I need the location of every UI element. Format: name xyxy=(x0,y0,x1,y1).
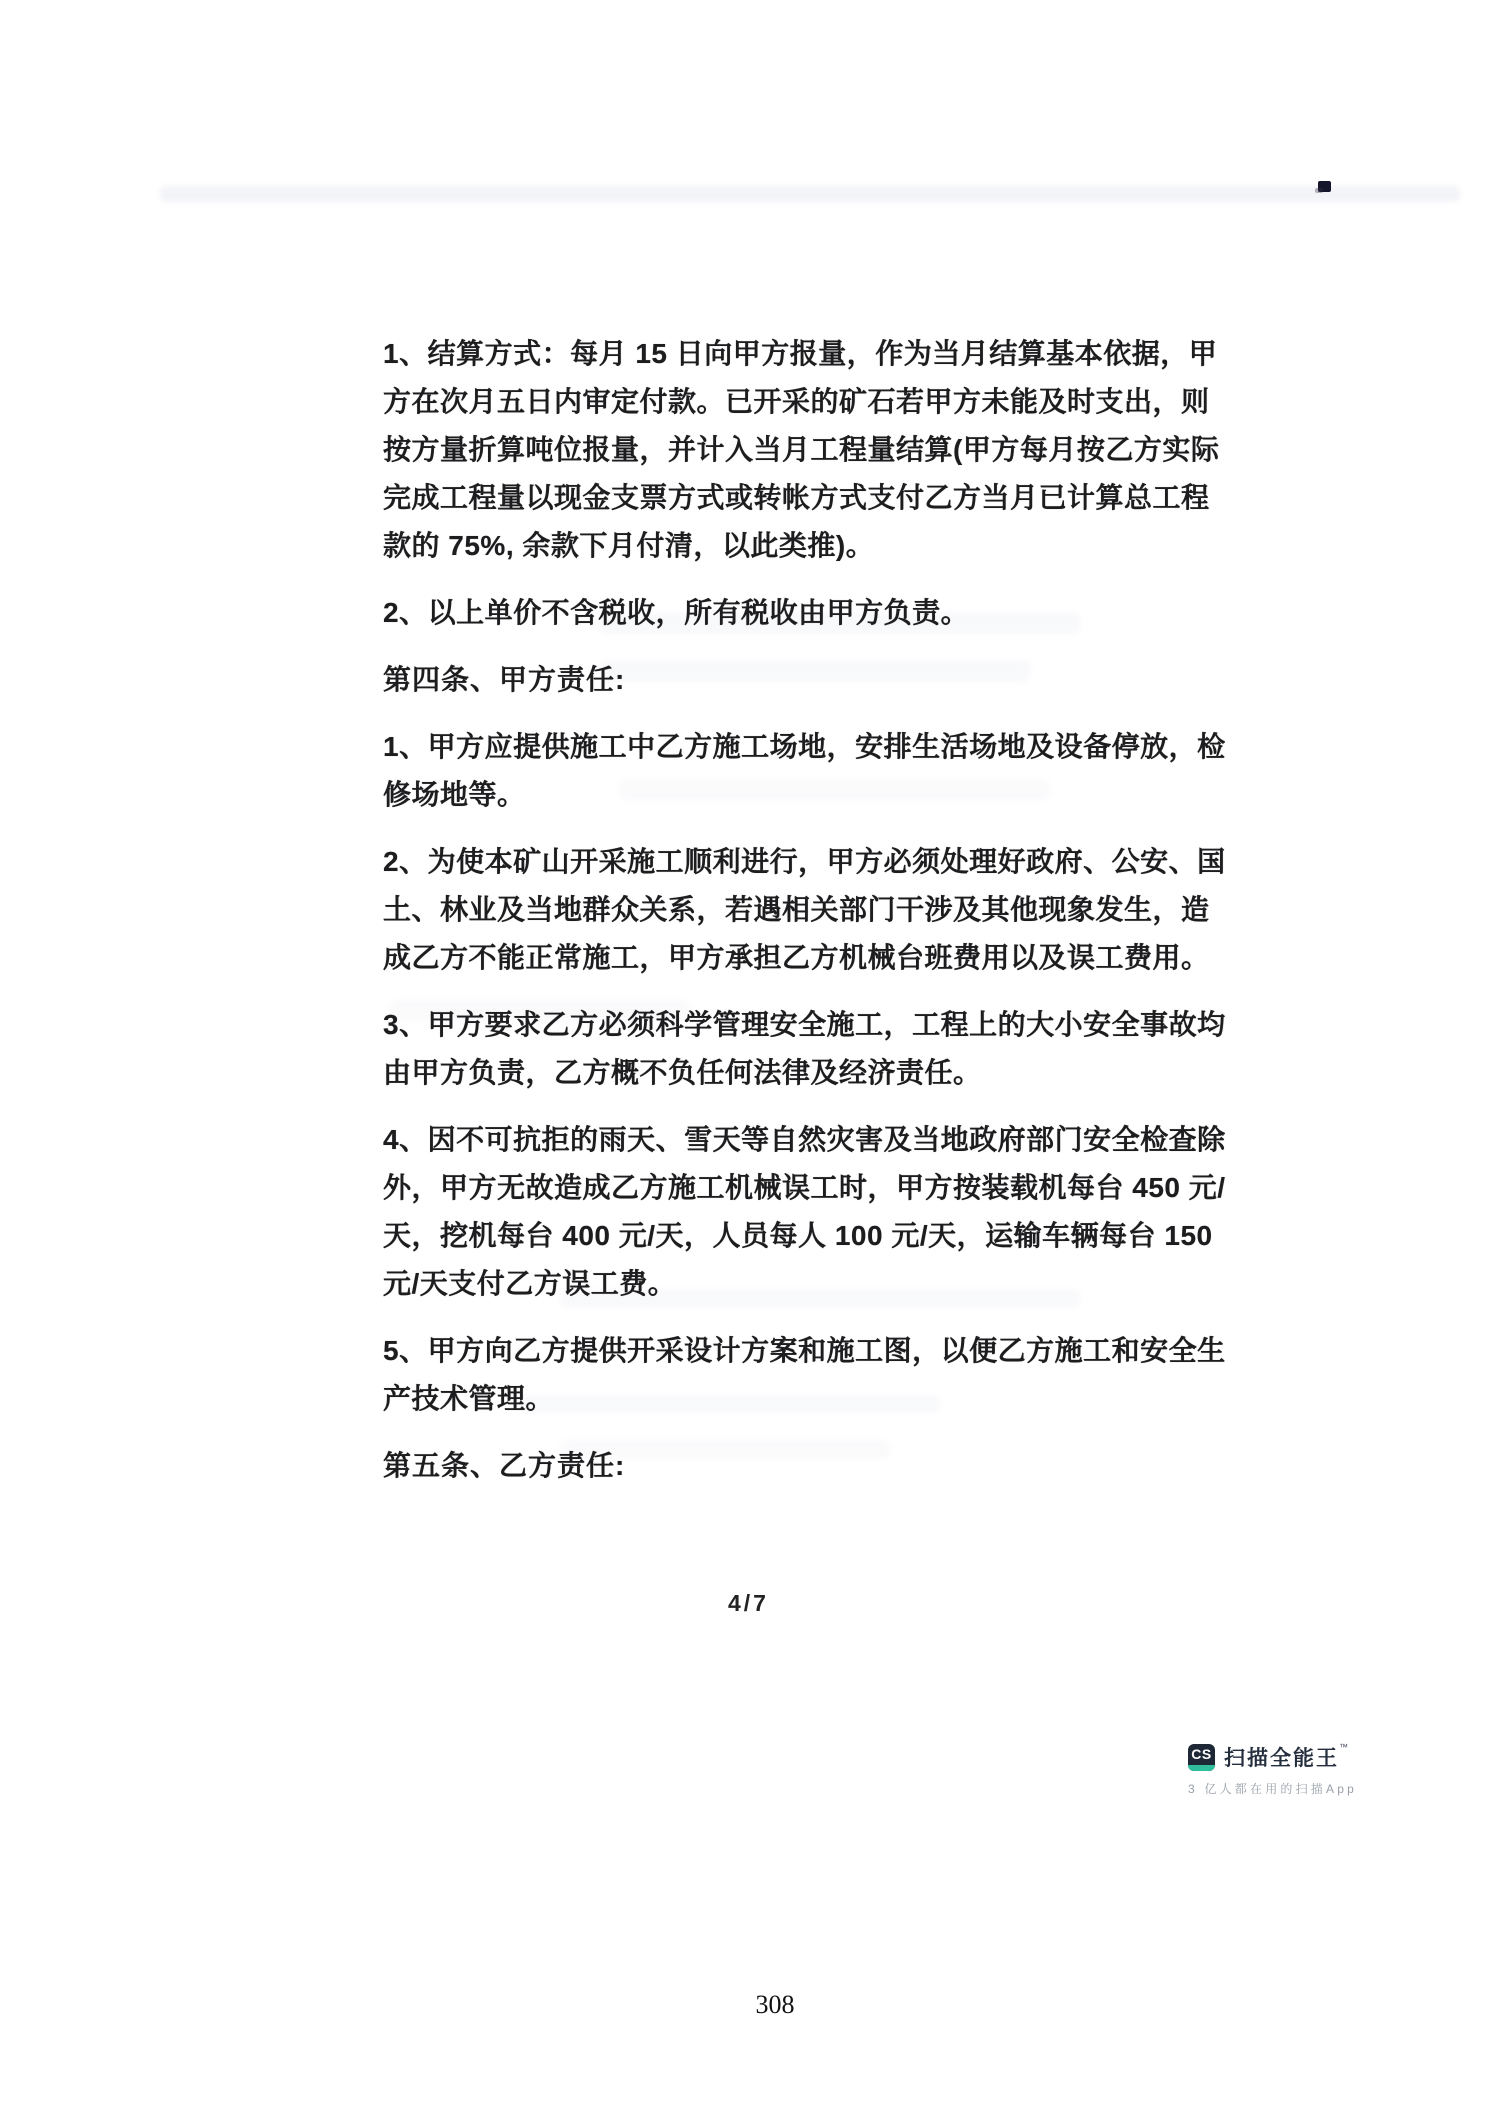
text-line: 成乙方不能正常施工，甲方承担乙方机械台班费用以及误工费用。 xyxy=(383,934,1153,982)
heading-article-5: 第五条、乙方责任: xyxy=(383,1442,1153,1490)
text-line: 土、林业及当地群众关系，若遇相关部门干涉及其他现象发生，造 xyxy=(383,886,1153,934)
sheet-page-indicator: 4/7 xyxy=(728,1590,769,1617)
text-line: 4、因不可抗拒的雨天、雪天等自然灾害及当地政府部门安全检查除 xyxy=(383,1116,1153,1164)
camscanner-badge-text: CS xyxy=(1188,1746,1215,1762)
book-page-number: 308 xyxy=(700,1990,850,2020)
camscanner-tagline: 3 亿人都在用的扫描App xyxy=(1188,1780,1418,1797)
bleed-through-smudge xyxy=(160,186,1460,202)
article-heading-text: 第四条、甲方责任: xyxy=(383,656,1153,704)
text-line: 款的 75%, 余款下月付清，以此类推)。 xyxy=(383,522,1153,570)
app-name-text: 扫描全能王 xyxy=(1224,1747,1339,1770)
camscanner-watermark: CS 扫描全能王™ 3 亿人都在用的扫描App xyxy=(1188,1742,1418,1797)
camscanner-logo-icon: CS xyxy=(1188,1744,1215,1771)
text-line: 方在次月五日内审定付款。已开采的矿石若甲方未能及时支出，则 xyxy=(383,378,1153,426)
text-line: 1、结算方式：每月 15 日向甲方报量，作为当月结算基本依据，甲 xyxy=(383,330,1153,378)
camscanner-badge-accent xyxy=(1188,1765,1215,1771)
text-line: 5、甲方向乙方提供开采设计方案和施工图，以便乙方施工和安全生 xyxy=(383,1327,1153,1375)
clause-settlement-method: 1、结算方式：每月 15 日向甲方报量，作为当月结算基本依据，甲 方在次月五日内… xyxy=(383,330,1153,570)
trademark-symbol: ™ xyxy=(1339,1742,1350,1752)
clause-a4-downtime-fees: 4、因不可抗拒的雨天、雪天等自然灾害及当地政府部门安全检查除 外，甲方无故造成乙… xyxy=(383,1116,1153,1308)
text-line: 外，甲方无故造成乙方施工机械误工时，甲方按装载机每台 450 元/ xyxy=(383,1164,1153,1212)
text-line: 2、为使本矿山开采施工顺利进行，甲方必须处理好政府、公安、国 xyxy=(383,838,1153,886)
camscanner-app-name: 扫描全能王™ xyxy=(1224,1742,1350,1772)
scan-artifact-ink-dot xyxy=(1318,181,1331,192)
clause-a3-safety: 3、甲方要求乙方必须科学管理安全施工，工程上的大小安全事故均 由甲方负责，乙方概… xyxy=(383,1001,1153,1097)
contract-body: 1、结算方式：每月 15 日向甲方报量，作为当月结算基本依据，甲 方在次月五日内… xyxy=(383,330,1153,1509)
text-line: 3、甲方要求乙方必须科学管理安全施工，工程上的大小安全事故均 xyxy=(383,1001,1153,1049)
text-line: 元/天支付乙方误工费。 xyxy=(383,1260,1153,1308)
clause-tax: 2、以上单价不含税收，所有税收由甲方负责。 xyxy=(383,589,1153,637)
clause-a1-site: 1、甲方应提供施工中乙方施工场地，安排生活场地及设备停放，检 修场地等。 xyxy=(383,723,1153,819)
text-line: 2、以上单价不含税收，所有税收由甲方负责。 xyxy=(383,589,1153,637)
text-line: 按方量折算吨位报量，并计入当月工程量结算(甲方每月按乙方实际 xyxy=(383,426,1153,474)
text-line: 天，挖机每台 400 元/天，人员每人 100 元/天，运输车辆每台 150 xyxy=(383,1212,1153,1260)
text-line: 1、甲方应提供施工中乙方施工场地，安排生活场地及设备停放，检 xyxy=(383,723,1153,771)
clause-a5-design: 5、甲方向乙方提供开采设计方案和施工图，以便乙方施工和安全生 产技术管理。 xyxy=(383,1327,1153,1423)
clause-a2-relations: 2、为使本矿山开采施工顺利进行，甲方必须处理好政府、公安、国 土、林业及当地群众… xyxy=(383,838,1153,982)
text-line: 由甲方负责，乙方概不负任何法律及经济责任。 xyxy=(383,1049,1153,1097)
heading-article-4: 第四条、甲方责任: xyxy=(383,656,1153,704)
text-line: 修场地等。 xyxy=(383,771,1153,819)
text-line: 产技术管理。 xyxy=(383,1375,1153,1423)
scanned-contract-page: 1、结算方式：每月 15 日向甲方报量，作为当月结算基本依据，甲 方在次月五日内… xyxy=(0,0,1488,2104)
text-line: 完成工程量以现金支票方式或转帐方式支付乙方当月已计算总工程 xyxy=(383,474,1153,522)
article-heading-text: 第五条、乙方责任: xyxy=(383,1442,1153,1490)
